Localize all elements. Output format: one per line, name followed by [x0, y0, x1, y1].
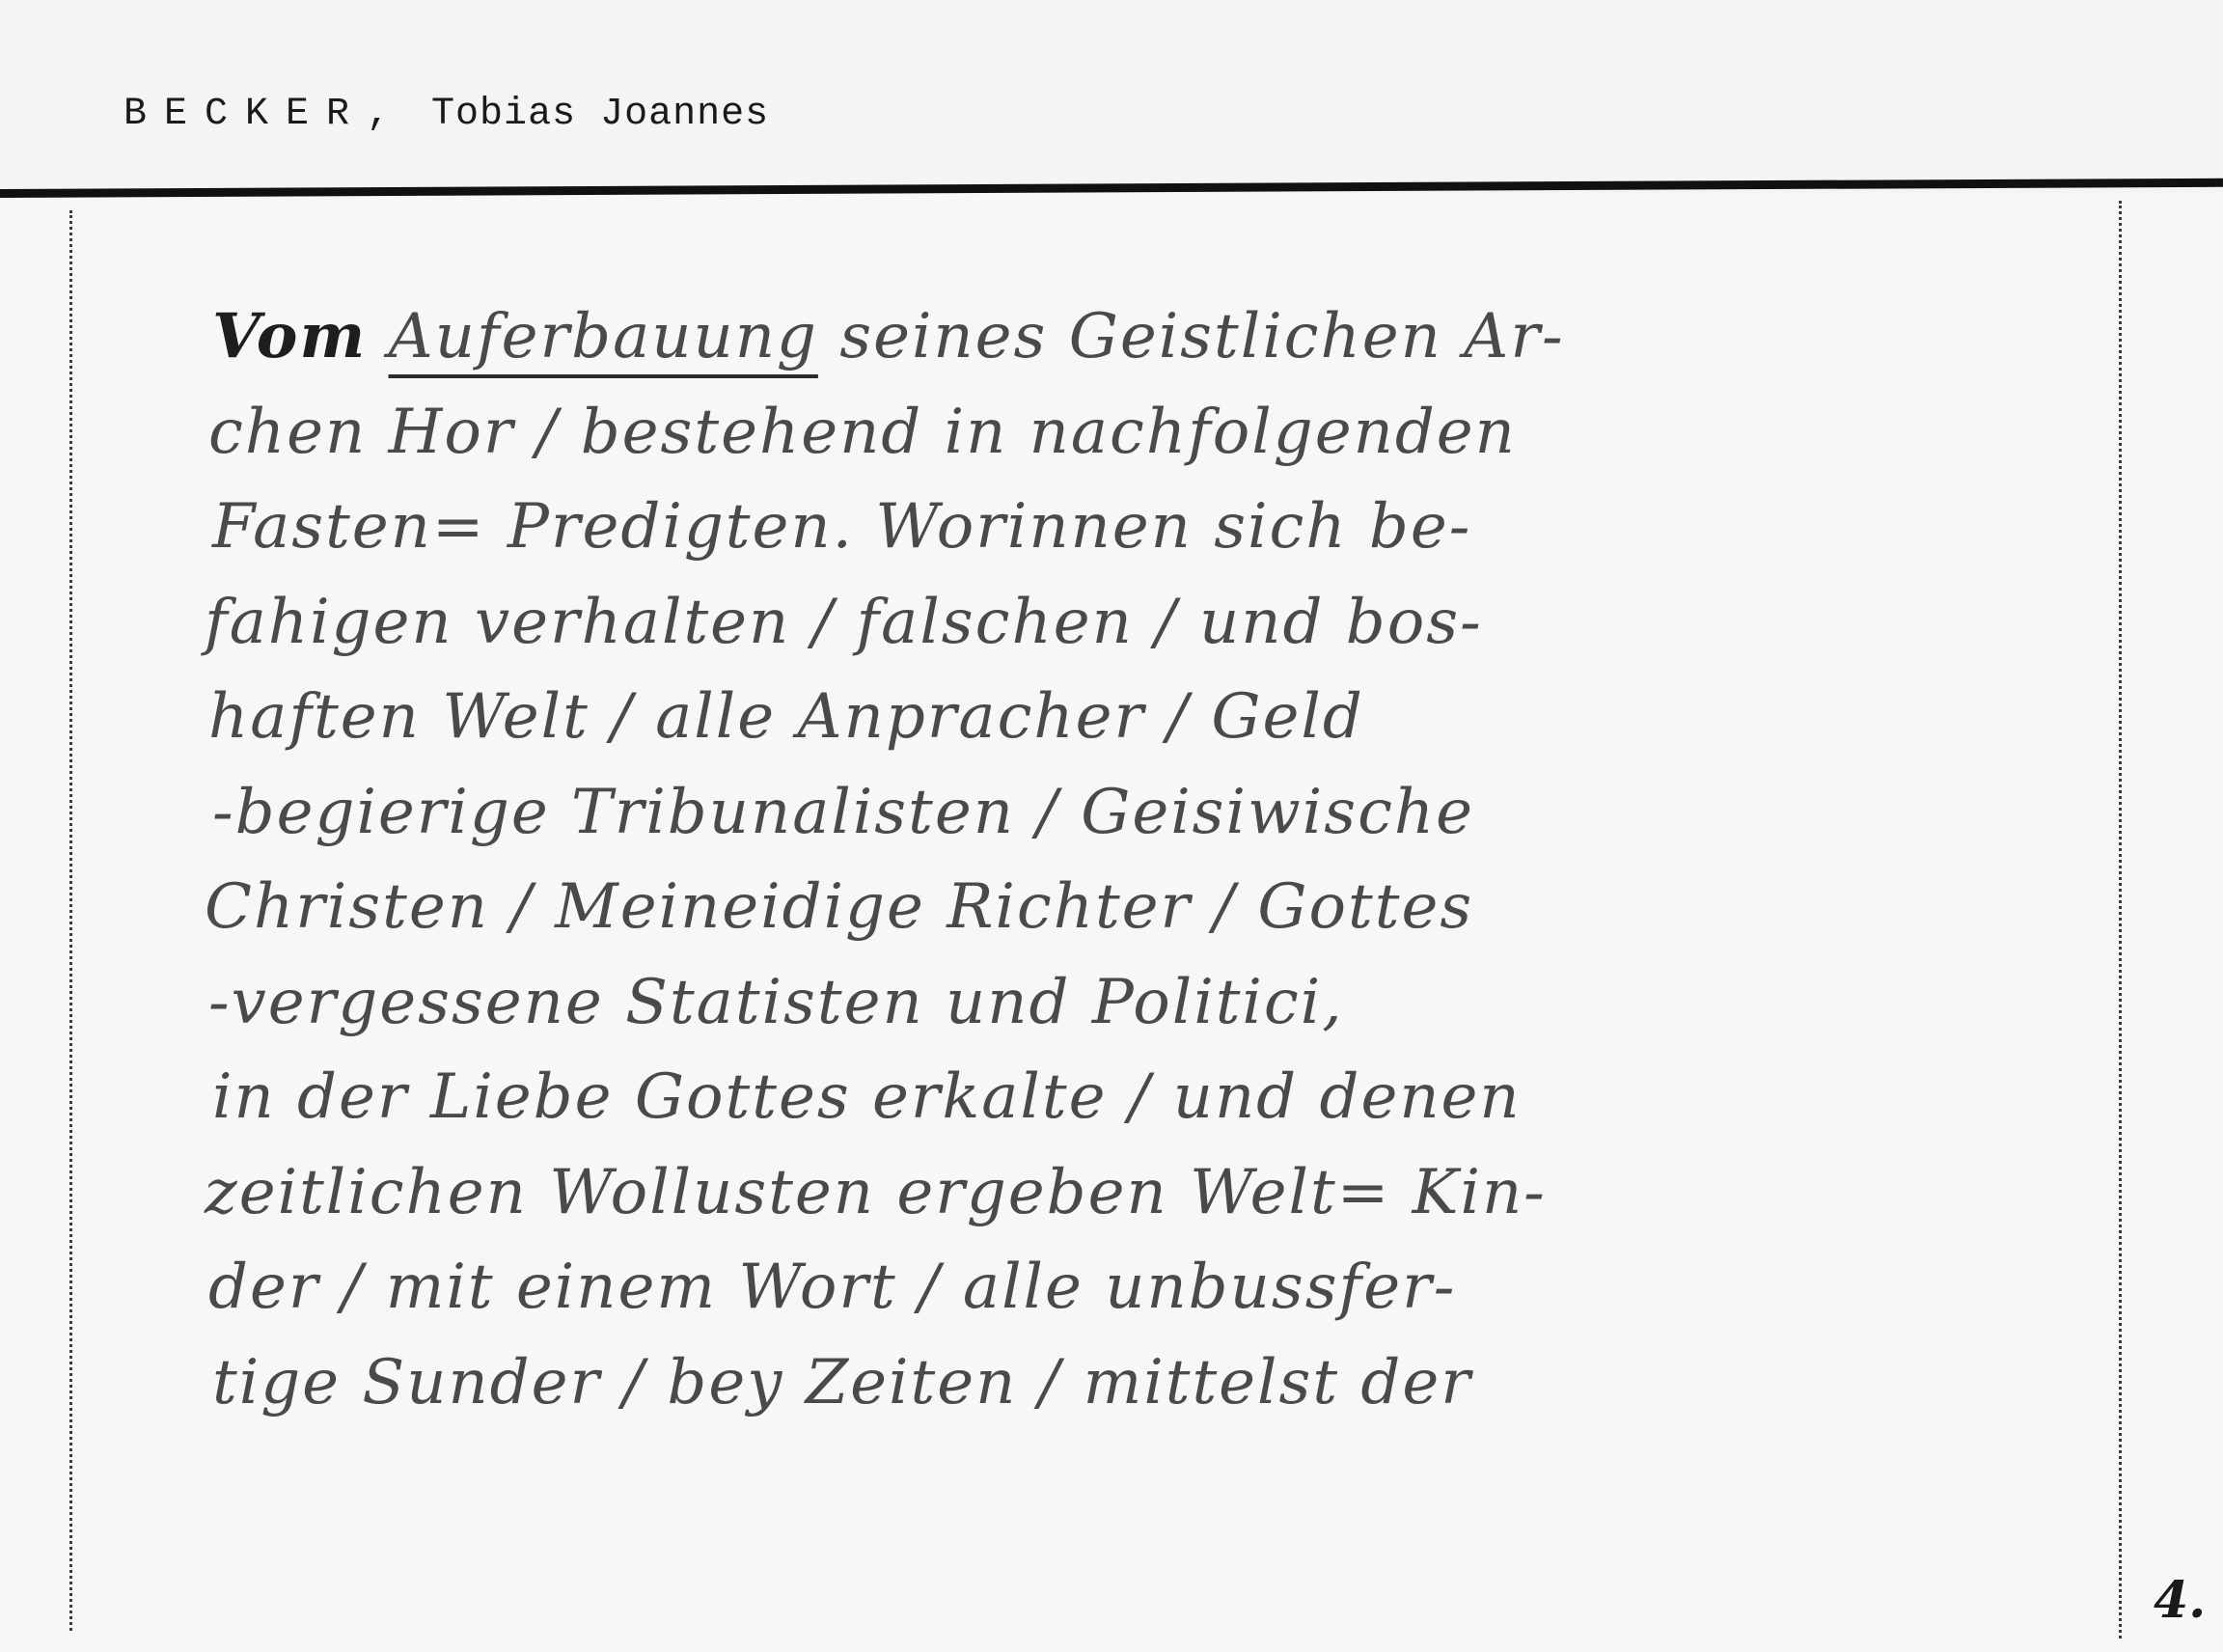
underlined-word: Auferbauung	[389, 301, 818, 372]
card-title: BECKER, Tobias Joannes	[123, 93, 769, 136]
handwritten-text: chen Hor / bestehend in nachfolgenden	[208, 397, 1517, 468]
handwritten-text: der / mit einem Wort / alle unbussfer-	[208, 1252, 1456, 1323]
handwritten-line: Vom Auferbauung seines Geistlichen Ar-	[212, 289, 2103, 385]
handwritten-text: seines Geistlichen Ar-	[818, 301, 1565, 372]
handwritten-text: Christen / Meineidige Richter / Gottes	[205, 871, 1473, 943]
handwritten-line: fahigen verhalten / falschen / und bos-	[205, 575, 2096, 671]
handwritten-line: zeitlichen Wollusten ergeben Welt= Kin-	[205, 1145, 2096, 1241]
handwritten-text: -vergessene Statisten und Politici,	[208, 967, 1344, 1038]
card-header: BECKER, Tobias Joannes	[0, 0, 2223, 193]
handwritten-text: in der Liebe Gottes erkalte / und denen	[212, 1061, 1522, 1133]
handwritten-line: Christen / Meineidige Richter / Gottes	[205, 860, 2096, 955]
page-number: 4.	[2154, 1571, 2206, 1630]
handwritten-line: haften Welt / alle Anpracher / Geld	[208, 670, 2099, 765]
handwritten-text: Fasten= Predigten. Worinnen sich be-	[212, 491, 1471, 563]
handwritten-line: chen Hor / bestehend in nachfolgenden	[208, 385, 2099, 481]
handwritten-word: Vom	[212, 300, 367, 372]
handwritten-text: fahigen verhalten / falschen / und bos-	[205, 587, 1483, 658]
handwritten-text: tige Sunder / bey Zeiten / mittelst der	[212, 1347, 1472, 1418]
handwritten-line: -vergessene Statisten und Politici,	[208, 955, 2099, 1051]
handwritten-text: zeitlichen Wollusten ergeben Welt= Kin-	[205, 1157, 1547, 1228]
given-names: Tobias Joannes	[431, 93, 769, 136]
handwritten-line: in der Liebe Gottes erkalte / und denen	[212, 1050, 2103, 1145]
handwritten-text: haften Welt / alle Anpracher / Geld	[208, 681, 1364, 753]
handwritten-line: -begierige Tribunalisten / Geisiwische	[212, 765, 2103, 861]
surname: BECKER,	[123, 93, 407, 136]
index-card: BECKER, Tobias Joannes Vom Auferbauung s…	[0, 0, 2223, 1652]
left-margin-dotted-line	[69, 210, 72, 1631]
handwritten-text: -begierige Tribunalisten / Geisiwische	[212, 777, 1474, 848]
handwritten-line: der / mit einem Wort / alle unbussfer-	[208, 1240, 2099, 1335]
handwritten-text-block: Vom Auferbauung seines Geistlichen Ar-ch…	[212, 289, 2103, 1430]
right-margin-dotted-line	[2119, 201, 2122, 1638]
handwritten-line: tige Sunder / bey Zeiten / mittelst der	[212, 1335, 2103, 1431]
handwritten-line: Fasten= Predigten. Worinnen sich be-	[212, 480, 2103, 575]
